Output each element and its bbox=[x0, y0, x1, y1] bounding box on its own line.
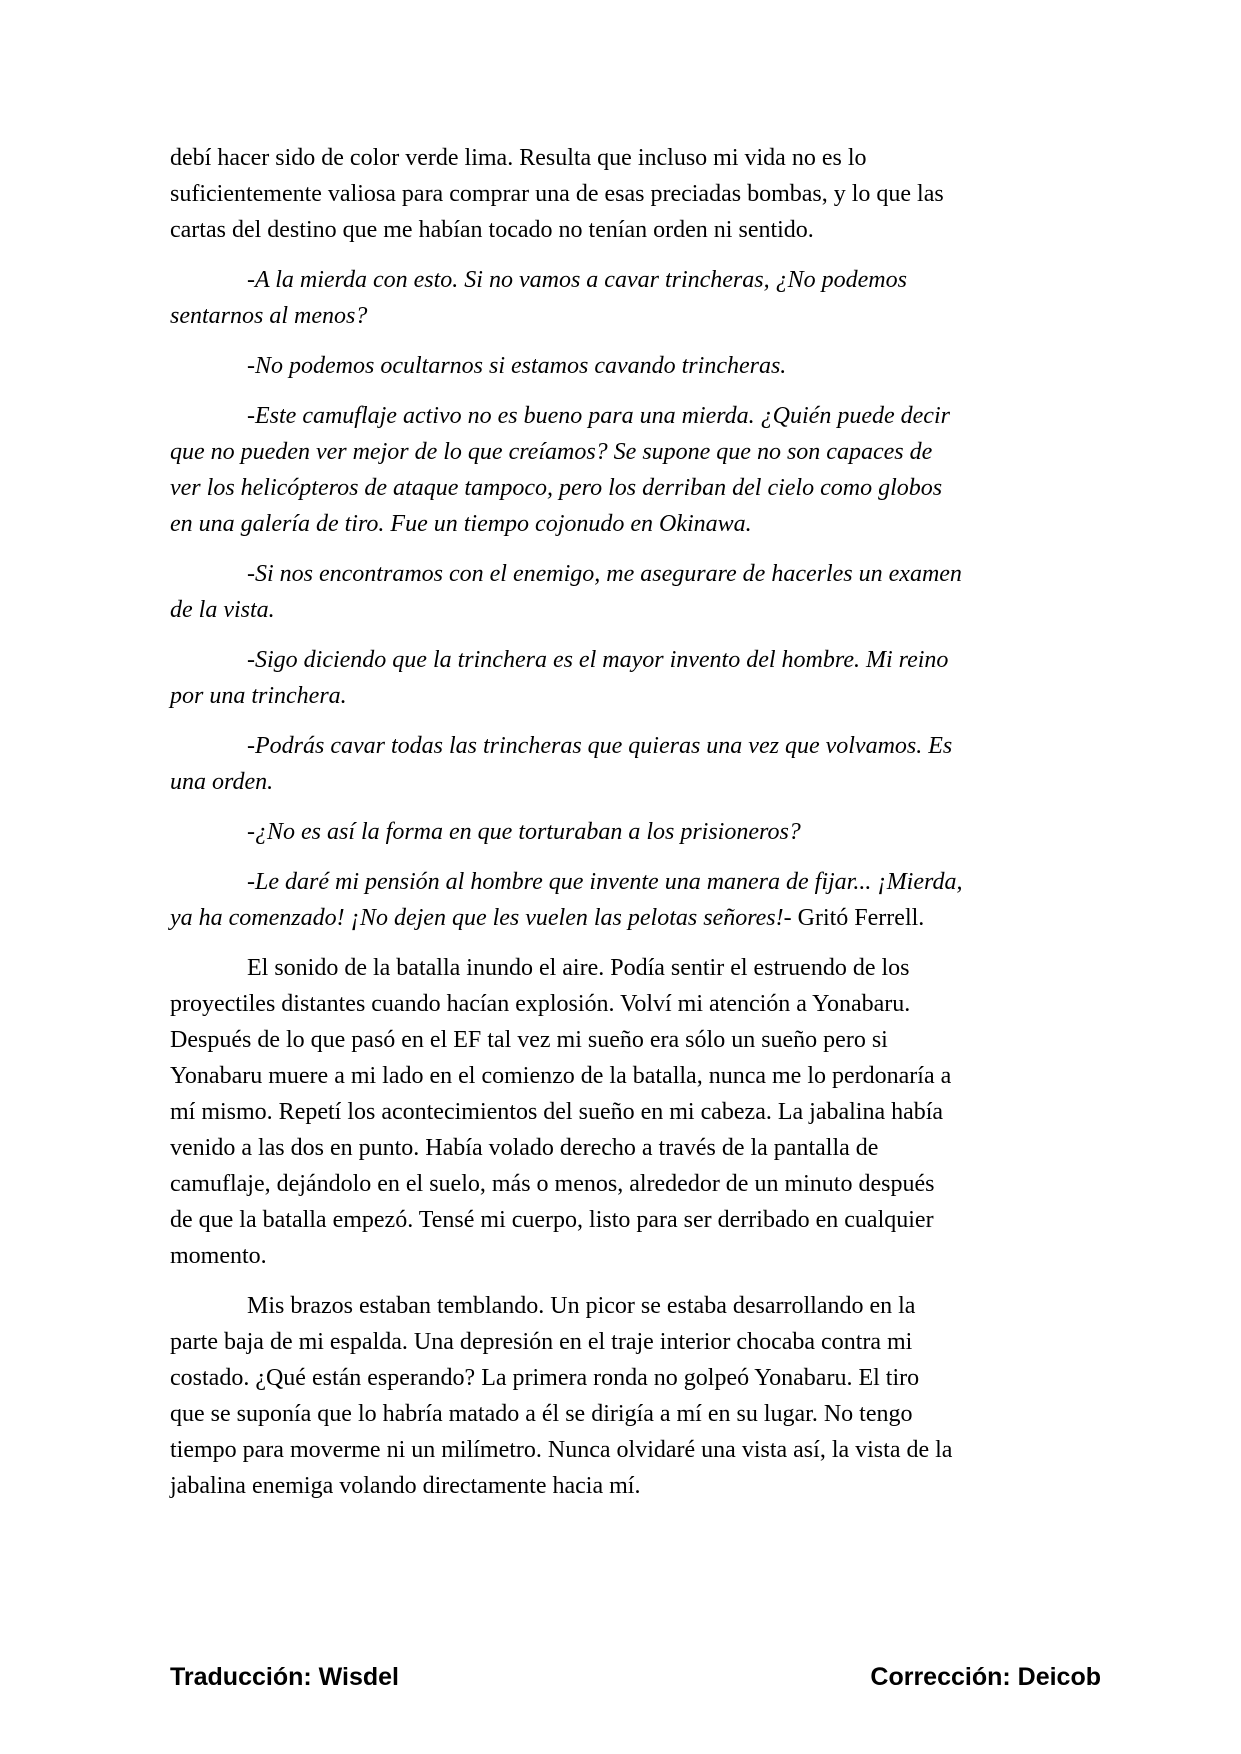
document-page: debí hacer sido de color verde lima. Res… bbox=[0, 0, 1241, 1754]
footer-corrector: Corrección: Deicob bbox=[870, 1663, 1101, 1692]
paragraph-6-dialogue: -Sigo diciendo que la trinchera es el ma… bbox=[170, 642, 1105, 714]
paragraph-8-dialogue: -¿No es así la forma en que torturaban a… bbox=[170, 814, 1105, 850]
paragraph-9-dialogue: -Le daré mi pensión al hombre que invent… bbox=[170, 864, 1105, 936]
paragraph-4-dialogue: -Este camuflaje activo no es bueno para … bbox=[170, 398, 1105, 542]
paragraph-3-dialogue: -No podemos ocultarnos si estamos cavand… bbox=[170, 348, 1105, 384]
dialogue-attribution: Gritó Ferrell. bbox=[792, 905, 925, 931]
paragraph-5-dialogue: -Si nos encontramos con el enemigo, me a… bbox=[170, 556, 1105, 628]
document-body: debí hacer sido de color verde lima. Res… bbox=[170, 140, 1105, 1518]
paragraph-2-dialogue: -A la mierda con esto. Si no vamos a cav… bbox=[170, 262, 1105, 334]
footer: Traducción: Wisdel Corrección: Deicob bbox=[170, 1663, 1101, 1692]
paragraph-7-dialogue: -Podrás cavar todas las trincheras que q… bbox=[170, 728, 1105, 800]
paragraph-1: debí hacer sido de color verde lima. Res… bbox=[170, 140, 1105, 248]
footer-translator: Traducción: Wisdel bbox=[170, 1663, 399, 1692]
paragraph-10: El sonido de la batalla inundo el aire. … bbox=[170, 950, 1105, 1274]
paragraph-11: Mis brazos estaban temblando. Un picor s… bbox=[170, 1288, 1105, 1504]
